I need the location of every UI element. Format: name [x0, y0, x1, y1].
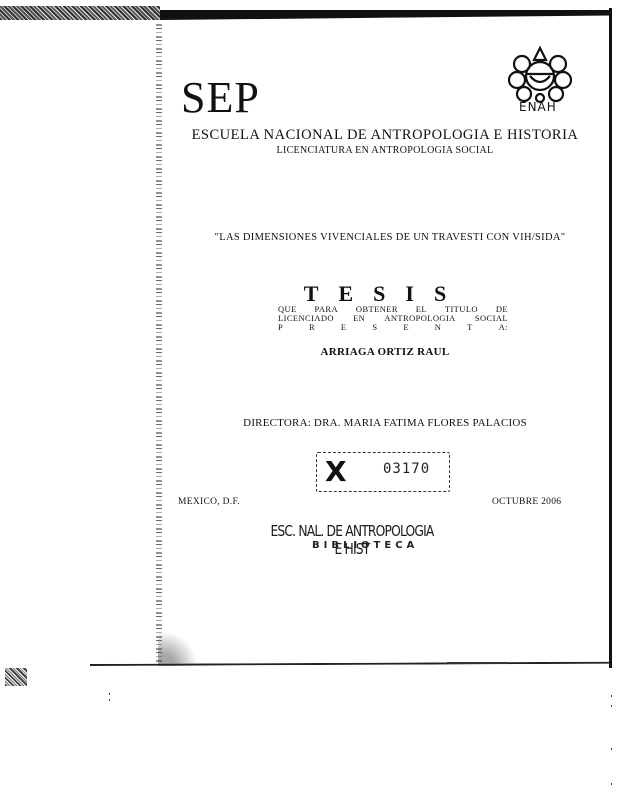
scan-speck	[109, 693, 110, 695]
scan-artifact-corner	[5, 668, 27, 686]
purpose-letter: P	[278, 322, 283, 332]
scan-speck	[611, 695, 612, 697]
registration-stamp: X 03170	[316, 452, 450, 492]
purpose-line-3: P R E S E N T A:	[278, 322, 508, 332]
page-binding-edge	[156, 24, 162, 668]
purpose-letter: E	[403, 322, 409, 332]
date: OCTUBRE 2006	[492, 497, 561, 507]
purpose-letter: N	[435, 322, 442, 332]
purpose-letter: R	[309, 322, 315, 332]
scan-artifact-top-left	[0, 6, 160, 20]
purpose-letter: E	[341, 322, 347, 332]
agency-heading: SEP	[181, 72, 260, 123]
enah-logo-label: ENAH	[519, 100, 557, 114]
purpose-letter: A:	[499, 322, 508, 332]
library-stamp-line2: BIBLIOTECA	[312, 540, 418, 551]
scan-artifact-top-band	[160, 10, 612, 20]
scan-speck	[611, 748, 612, 750]
program-name: LICENCIATURA EN ANTROPOLOGIA SOCIAL	[180, 145, 590, 156]
thesis-director: DIRECTORA: DRA. MARIA FATIMA FLORES PALA…	[180, 417, 590, 429]
scan-speck	[109, 699, 110, 701]
page-edge-right	[609, 8, 612, 668]
stamp-mark: X	[325, 455, 347, 488]
stamp-number: 03170	[383, 461, 430, 477]
place: MEXICO, D.F.	[178, 497, 240, 507]
scan-artifact-binding-tail	[158, 630, 208, 666]
page-edge-bottom-segment	[447, 662, 507, 664]
purpose-letter: S	[372, 322, 377, 332]
thesis-title: "LAS DIMENSIONES VIVENCIALES DE UN TRAVE…	[170, 232, 610, 243]
purpose-letter: T	[467, 322, 473, 332]
scan-speck	[611, 783, 612, 785]
school-name: ESCUELA NACIONAL DE ANTROPOLOGIA E HISTO…	[180, 127, 590, 144]
scan-speck	[611, 705, 612, 707]
author-name: ARRIAGA ORTIZ RAUL	[180, 346, 590, 358]
